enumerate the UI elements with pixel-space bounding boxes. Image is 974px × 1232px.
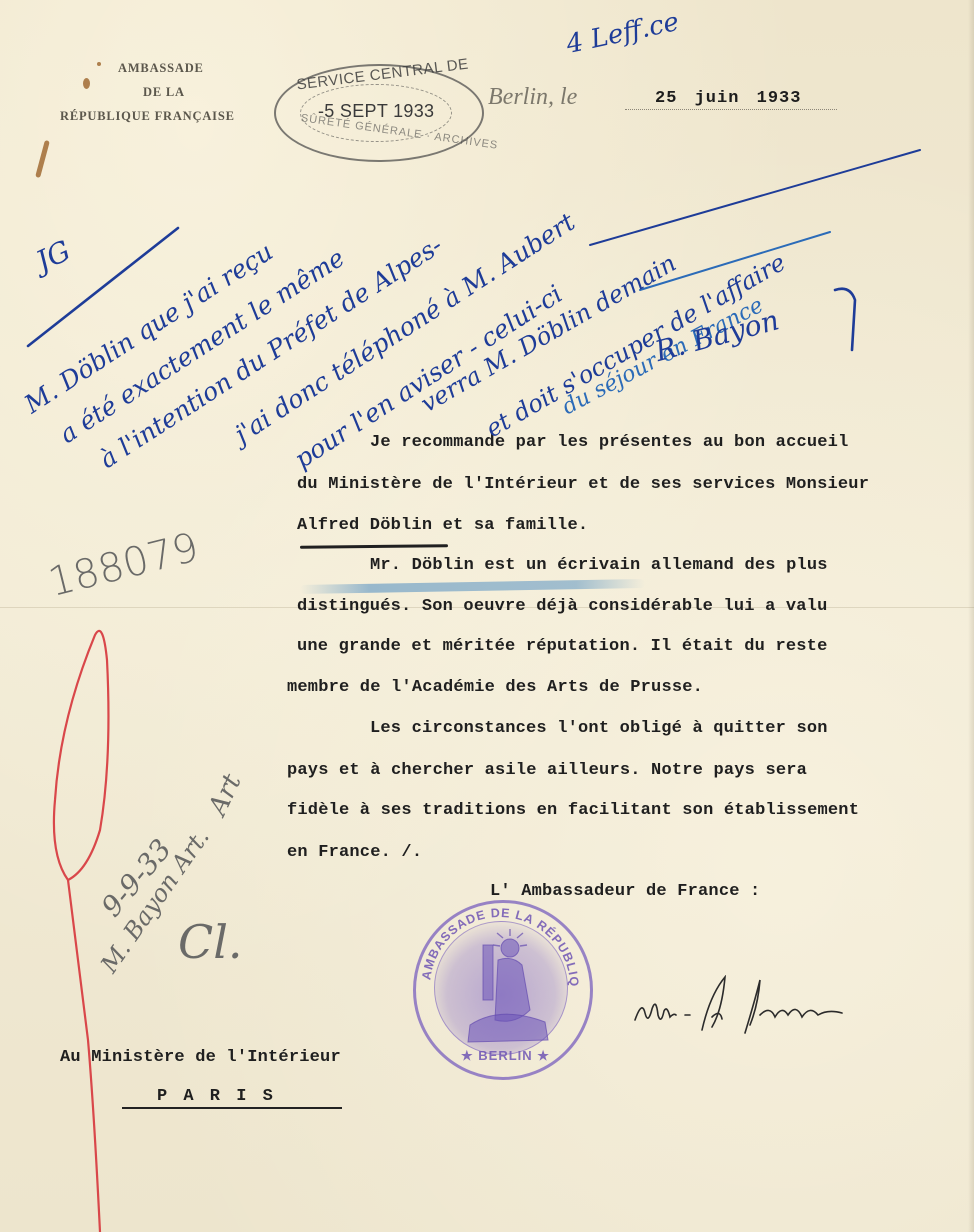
annotation-pencil-initial: Cl. — [178, 915, 243, 969]
red-pencil-mark — [0, 0, 974, 1232]
letter-page: AMBASSADE DE LA RÉPUBLIQUE FRANÇAISE SER… — [0, 0, 974, 1232]
